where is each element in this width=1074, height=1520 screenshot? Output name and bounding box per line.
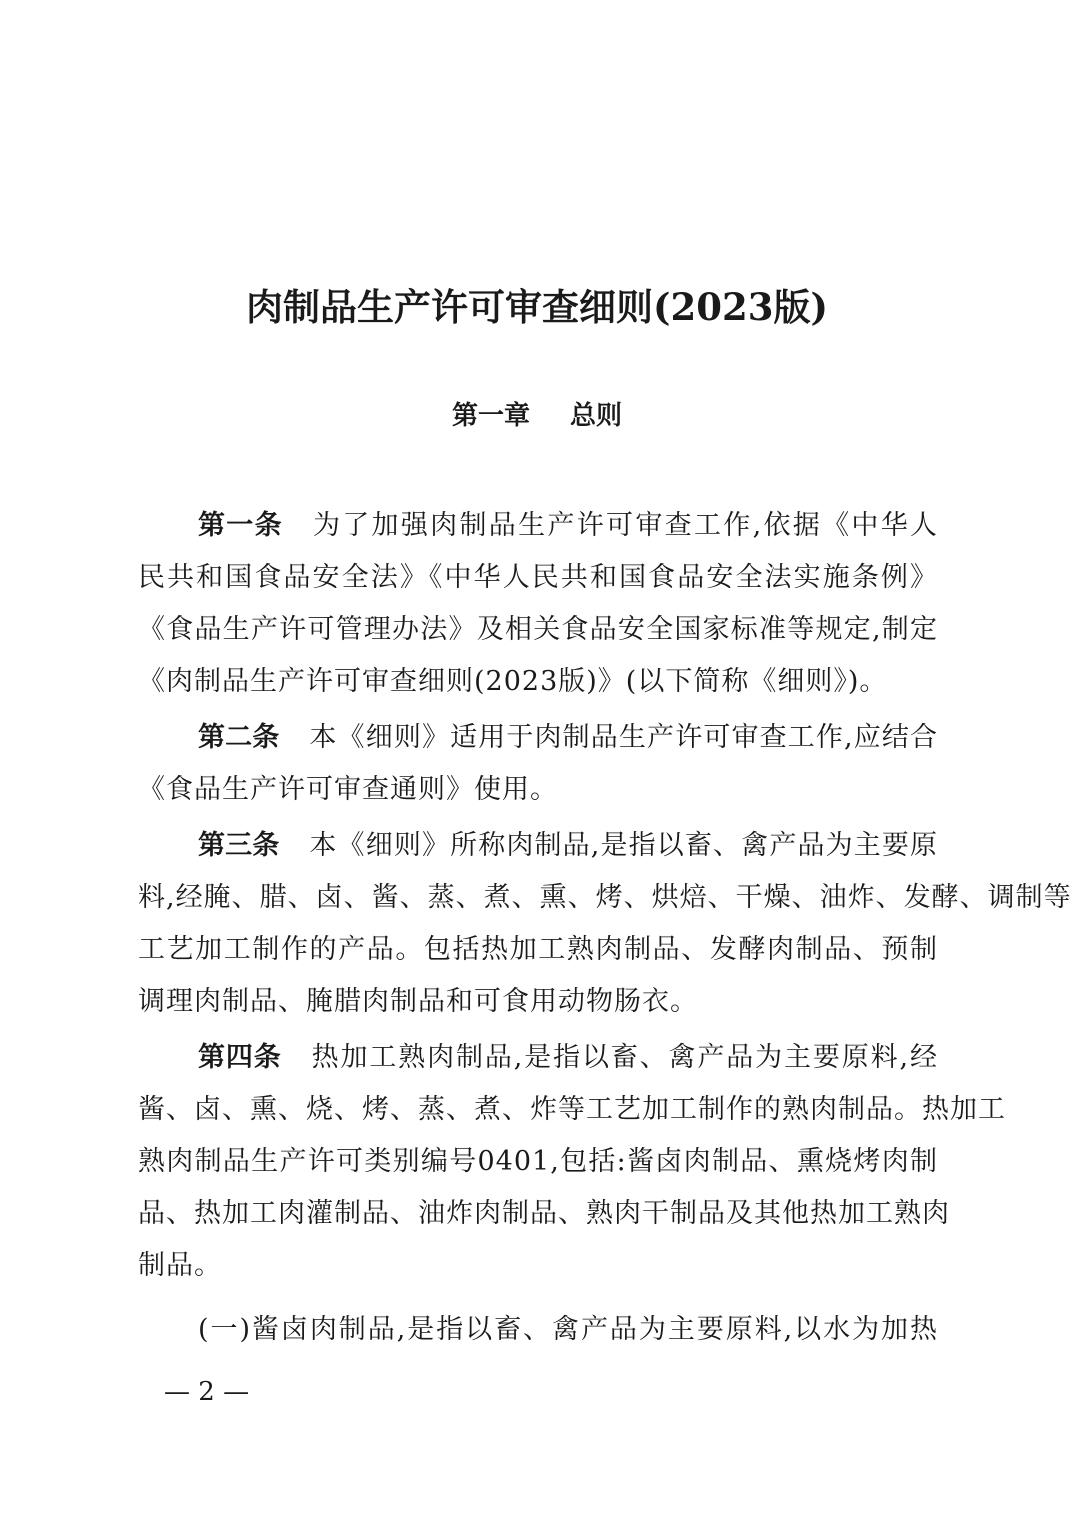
article-text: 本《细则》适用于肉制品生产许可审查工作,应结合 <box>309 722 938 753</box>
page-number: — 2 — <box>164 1374 249 1410</box>
article-label: 第二条 <box>198 722 279 753</box>
article-text: 本《细则》所称肉制品,是指以畜、禽产品为主要原 <box>309 830 938 861</box>
article-line: 《食品生产许可管理办法》及相关食品安全国家标准等规定,制定 <box>138 610 938 650</box>
article-line: 工艺加工制作的产品。包括热加工熟肉制品、发酵肉制品、预制 <box>138 930 938 970</box>
article-line: 熟肉制品生产许可类别编号0401,包括:酱卤肉制品、熏烧烤肉制 <box>138 1142 938 1182</box>
article-label: 第一条 <box>198 510 283 541</box>
article-line: 第一条为了加强肉制品生产许可审查工作,依据《中华人 <box>198 506 938 546</box>
article-line: 品、热加工肉灌制品、油炸肉制品、熟肉干制品及其他热加工熟肉 <box>138 1194 938 1234</box>
article-line: 第三条本《细则》所称肉制品,是指以畜、禽产品为主要原 <box>198 826 938 866</box>
article-label: 第四条 <box>198 1042 282 1073</box>
article-label: 第三条 <box>198 830 279 861</box>
article-line: 制品。 <box>138 1246 938 1286</box>
article-line: 料,经腌、腊、卤、酱、蒸、煮、熏、烤、烘焙、干燥、油炸、发酵、调制等 <box>138 878 938 918</box>
article-line: 第四条热加工熟肉制品,是指以畜、禽产品为主要原料,经 <box>198 1038 938 1078</box>
article-line: 民共和国食品安全法》《中华人民共和国食品安全法实施条例》 <box>138 558 938 598</box>
chapter-name: 总则 <box>570 401 622 431</box>
chapter-heading: 第一章总则 <box>0 398 1074 434</box>
article-line: 《食品生产许可审查通则》使用。 <box>138 770 938 810</box>
article-line: 第二条本《细则》适用于肉制品生产许可审查工作,应结合 <box>198 718 938 758</box>
subitem-line: (一)酱卤肉制品,是指以畜、禽产品为主要原料,以水为加热 <box>198 1310 938 1350</box>
chapter-number: 第一章 <box>452 401 530 431</box>
document-title: 肉制品生产许可审查细则(2023版) <box>0 283 1074 331</box>
article-line: 调理肉制品、腌腊肉制品和可食用动物肠衣。 <box>138 982 938 1022</box>
article-line: 酱、卤、熏、烧、烤、蒸、煮、炸等工艺加工制作的熟肉制品。热加工 <box>138 1090 938 1130</box>
article-text: 为了加强肉制品生产许可审查工作,依据《中华人 <box>313 510 938 541</box>
article-text: 热加工熟肉制品,是指以畜、禽产品为主要原料,经 <box>312 1042 938 1073</box>
article-line: 《肉制品生产许可审查细则(2023版)》(以下简称《细则》)。 <box>138 662 938 702</box>
